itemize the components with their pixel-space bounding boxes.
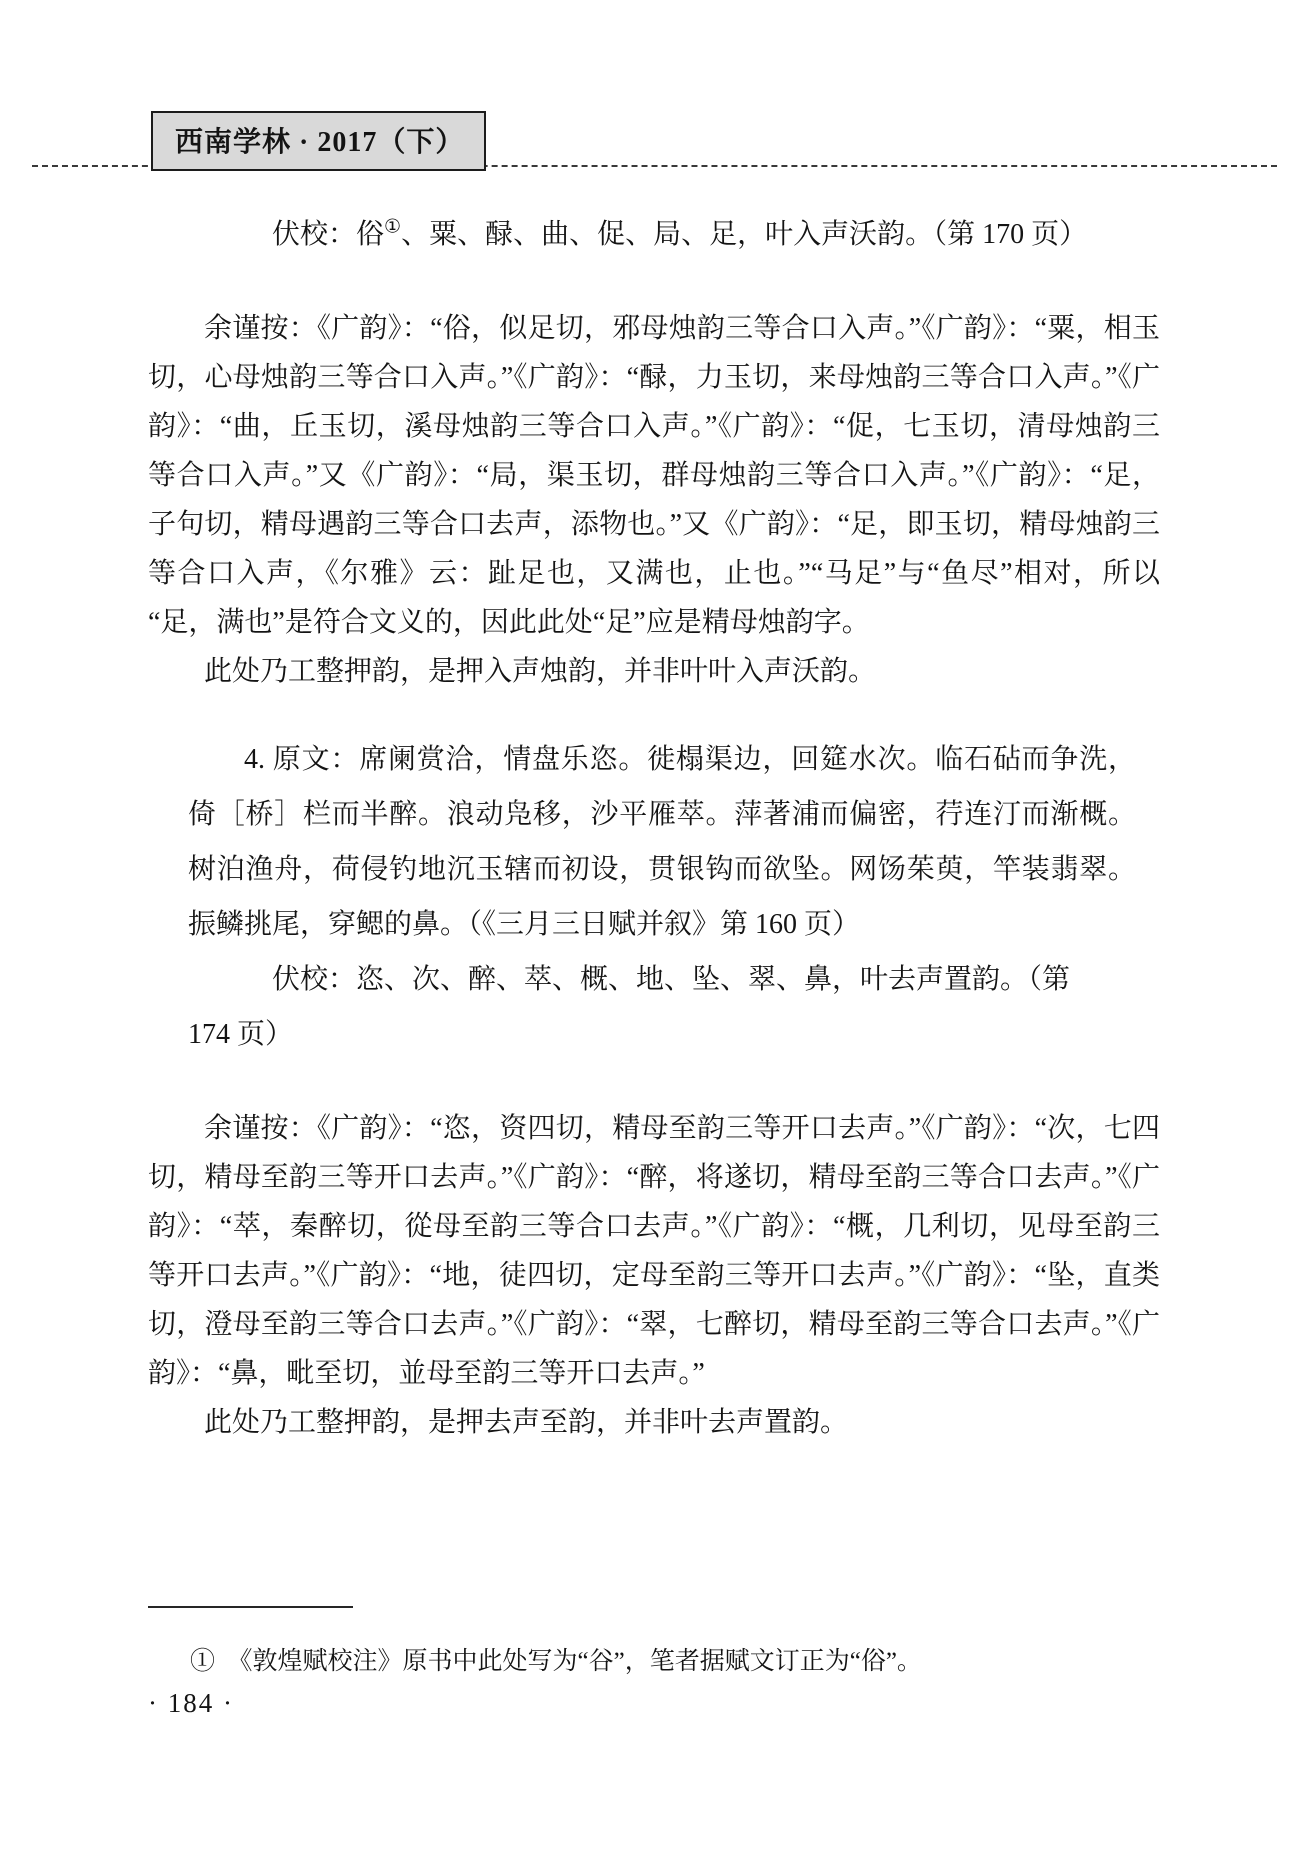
- page-body-text: 伏校：俗①、粟、醁、曲、促、局、足，叶入声沃韵。（第 170 页） 余谨按：《广…: [148, 210, 1160, 1447]
- fuxiao-1-text-after-marker: 、粟、醁、曲、促、局、足，叶入声沃韵。（第 170 页）: [401, 219, 1087, 250]
- fuxiao-1-text-before-marker: 伏校：俗: [272, 219, 384, 250]
- footnote-reference-marker: ①: [384, 217, 401, 238]
- paragraph-commentary-1: 余谨按：《广韵》：“俗，似足切，邪母烛韵三等合口入声。”《广韵》：“粟，相玉切，…: [148, 304, 1160, 647]
- original-passage-4: 4. 原文：席阑赏洽，情盘乐恣。徙榻渠边，回筵水次。临石砧而争洗，倚［桥］栏而半…: [188, 732, 1136, 952]
- footnote-1: ① 《敦煌赋校注》原书中此处写为“谷”，笔者据赋文订正为“俗”。: [148, 1644, 1160, 1680]
- footnote-1-spacer: [215, 1648, 240, 1675]
- footnote-1-text: 《敦煌赋校注》原书中此处写为“谷”，笔者据赋文订正为“俗”。: [240, 1648, 922, 1675]
- blockquote-fuxiao-1: 伏校：俗①、粟、醁、曲、促、局、足，叶入声沃韵。（第 170 页）: [272, 210, 1160, 259]
- paragraph-commentary-2: 余谨按：《广韵》：“恣，资四切，精母至韵三等开口去声。”《广韵》：“次，七四切，…: [148, 1104, 1160, 1398]
- footnote-section: ① 《敦煌赋校注》原书中此处写为“谷”，笔者据赋文订正为“俗”。: [148, 1606, 1160, 1680]
- footnote-separator-rule: [148, 1606, 353, 1608]
- journal-title: 西南学林 · 2017（下）: [175, 127, 464, 158]
- footnote-1-marker: ①: [190, 1648, 215, 1675]
- fuxiao-2-line-1: 伏校：恣、次、醉、萃、概、地、坠、翠、鼻，叶去声置韵。（第: [188, 952, 1136, 1007]
- journal-header-box: 西南学林 · 2017（下）: [151, 111, 486, 171]
- fuxiao-2-line-2: 174 页）: [188, 1007, 1136, 1062]
- page-number: · 184 ·: [148, 1688, 234, 1719]
- document-page: 西南学林 · 2017（下） 伏校：俗①、粟、醁、曲、促、局、足，叶入声沃韵。（…: [0, 0, 1307, 1859]
- paragraph-conclusion-2: 此处乃工整押韵，是押去声至韵，并非叶去声置韵。: [148, 1398, 1160, 1447]
- paragraph-conclusion-1: 此处乃工整押韵，是押入声烛韵，并非叶叶入声沃韵。: [148, 647, 1160, 696]
- blockquote-original-text-4: 4. 原文：席阑赏洽，情盘乐恣。徙榻渠边，回筵水次。临石砧而争洗，倚［桥］栏而半…: [188, 732, 1136, 1062]
